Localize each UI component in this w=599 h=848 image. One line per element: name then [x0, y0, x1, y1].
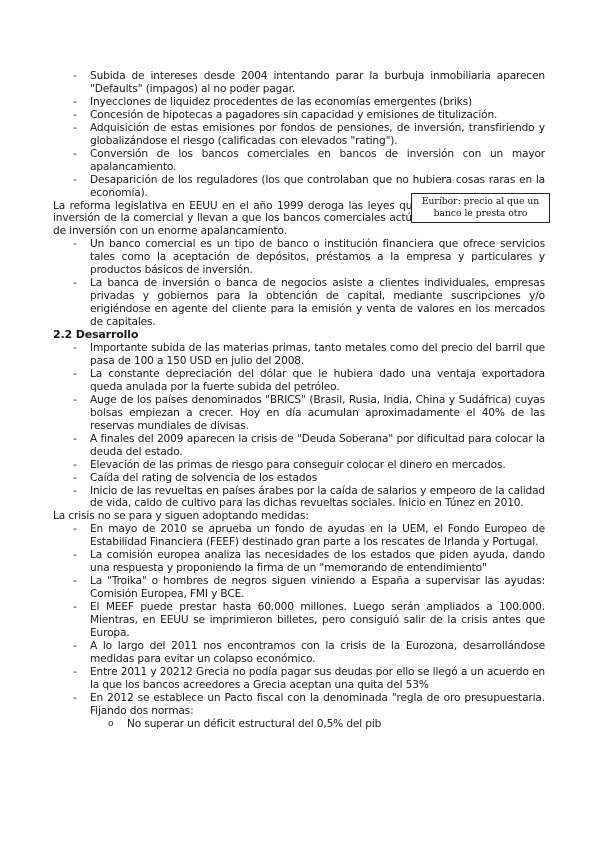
list-item: -Caída del rating de solvencia de los es…: [90, 472, 545, 485]
list-item: -La constante depreciación del dólar que…: [90, 368, 545, 394]
dash-marker: -: [73, 433, 77, 446]
list-item: -Elevación de las primas de riesgo para …: [90, 459, 545, 472]
list-item: -Auge de los países denominados "BRICS" …: [90, 394, 545, 433]
dash-marker: -: [73, 601, 77, 614]
euribor-callout-box: Euríbor: precio al que un banco le prest…: [411, 193, 550, 223]
section-heading: 2.2 Desarrollo: [53, 329, 545, 342]
crisis-paragraph: La crisis no se para y siguen adoptando …: [53, 510, 545, 523]
dash-marker: -: [73, 342, 77, 355]
list-item: -Subida de intereses desde 2004 intentan…: [90, 70, 545, 96]
dash-marker: -: [73, 96, 77, 109]
list-item: -Entre 2011 y 20212 Grecia no podía paga…: [90, 666, 545, 692]
dash-marker: -: [73, 122, 77, 135]
list-item: -Un banco comercial es un tipo de banco …: [90, 238, 545, 277]
list-item: -A lo largo del 2011 nos encontramos con…: [90, 640, 545, 666]
list-item: -El MEEF puede prestar hasta 60.000 mill…: [90, 601, 545, 640]
callout-text: Euríbor: precio al que un banco le prest…: [422, 196, 539, 219]
dash-marker: -: [73, 472, 77, 485]
list-item: -Adquisición de estas emisiones por fond…: [90, 122, 545, 148]
intro-bullet-list: -Subida de intereses desde 2004 intentan…: [53, 70, 545, 200]
dash-marker: -: [73, 485, 77, 498]
dash-marker: -: [73, 277, 77, 290]
dash-marker: -: [73, 368, 77, 381]
list-item: -Inyecciones de liquidez procedentes de …: [90, 96, 545, 109]
sub-bullet-list: oNo superar un déficit estructural del 0…: [90, 718, 545, 731]
dash-marker: -: [73, 174, 77, 187]
list-item: -A finales del 2009 aparecen la crisis d…: [90, 433, 545, 459]
bank-bullet-list: -Un banco comercial es un tipo de banco …: [53, 238, 545, 329]
dash-marker: -: [73, 459, 77, 472]
dash-marker: -: [73, 238, 77, 251]
list-item: -En mayo de 2010 se aprueba un fondo de …: [90, 523, 545, 549]
dash-marker: -: [73, 692, 77, 705]
list-item: -Concesión de hipotecas a pagadores sin …: [90, 109, 545, 122]
dash-marker: -: [73, 549, 77, 562]
document-page: -Subida de intereses desde 2004 intentan…: [53, 70, 545, 731]
list-item: -La "Troika" o hombres de negros siguen …: [90, 575, 545, 601]
circle-bullet-icon: o: [108, 718, 113, 731]
list-item: -La comisión europea analiza las necesid…: [90, 549, 545, 575]
development-bullet-list: -Importante subida de las materias prima…: [53, 342, 545, 510]
list-item: -Conversión de los bancos comerciales en…: [90, 148, 545, 174]
dash-marker: -: [73, 523, 77, 536]
sub-list-item: oNo superar un déficit estructural del 0…: [127, 718, 545, 731]
list-item: -Inicio de las revueltas en países árabe…: [90, 485, 545, 511]
dash-marker: -: [73, 666, 77, 679]
dash-marker: -: [73, 109, 77, 122]
dash-marker: -: [73, 575, 77, 588]
list-item: -En 2012 se establece un Pacto fiscal co…: [90, 692, 545, 731]
dash-marker: -: [73, 148, 77, 161]
list-item: -La banca de inversión o banca de negoci…: [90, 277, 545, 329]
dash-marker: -: [73, 70, 77, 83]
dash-marker: -: [73, 394, 77, 407]
dash-marker: -: [73, 640, 77, 653]
list-item: -Importante subida de las materias prima…: [90, 342, 545, 368]
measures-bullet-list: -En mayo de 2010 se aprueba un fondo de …: [53, 523, 545, 730]
